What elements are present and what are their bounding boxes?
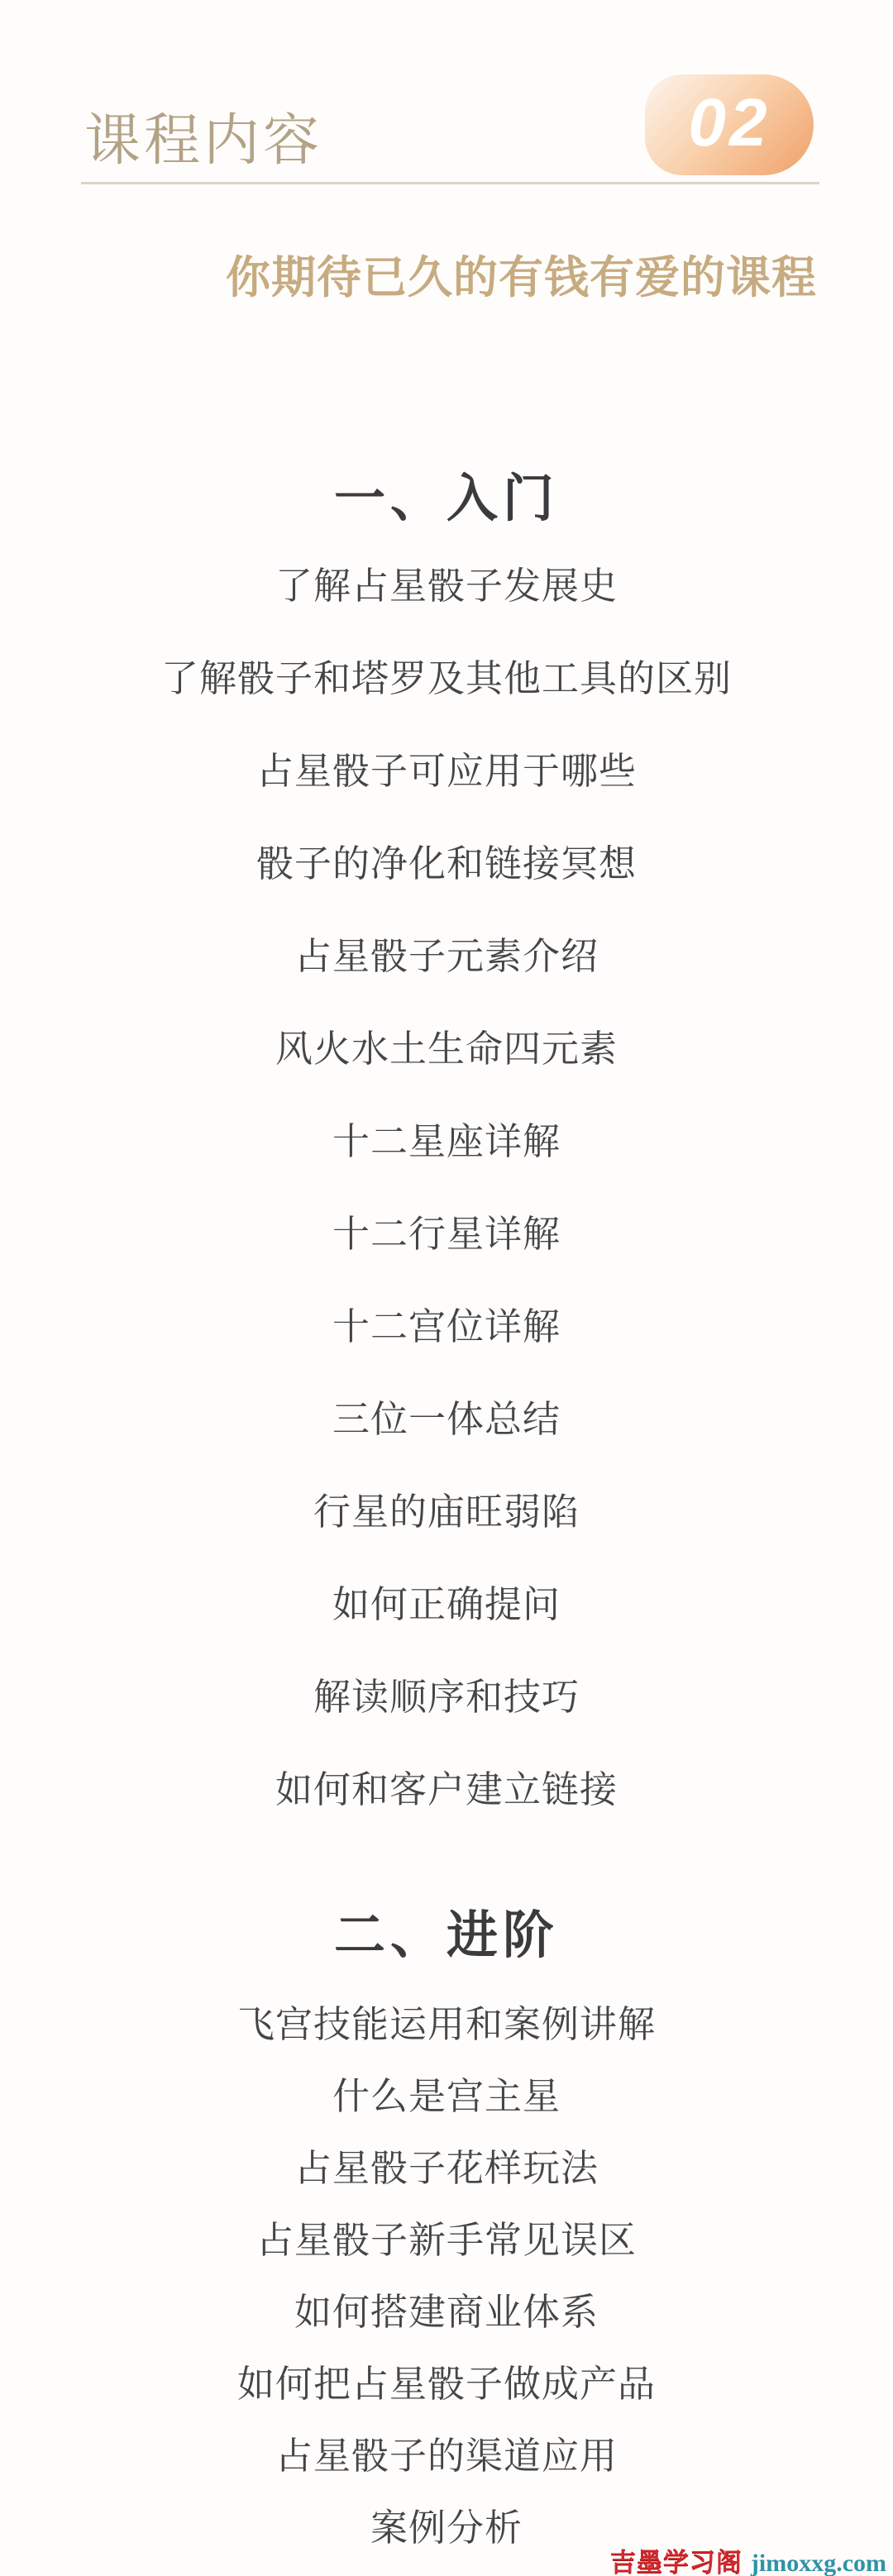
section-intro-list: 了解占星骰子发展史了解骰子和塔罗及其他工具的区别占星骰子可应用于哪些骰子的净化和… (0, 567, 893, 1809)
course-item: 十二行星详解 (0, 1215, 893, 1253)
section-intro-title: 一、入门 (0, 471, 893, 527)
course-item: 了解占星骰子发展史 (0, 567, 893, 605)
course-item: 解读顺序和技巧 (0, 1678, 893, 1716)
header-divider (81, 182, 819, 184)
course-item: 如何正确提问 (0, 1586, 893, 1624)
page-subtitle: 你期待已久的有钱有爱的课程 (226, 242, 817, 306)
course-item: 如何搭建商业体系 (0, 2293, 893, 2331)
course-item: 三位一体总结 (0, 1400, 893, 1438)
course-item: 飞宫技能运用和案例讲解 (0, 2006, 893, 2044)
course-item: 占星骰子可应用于哪些 (0, 752, 893, 790)
section-advanced-title: 二、进阶 (0, 1908, 893, 1964)
course-item: 如何把占星骰子做成产品 (0, 2365, 893, 2403)
course-item: 行星的庙旺弱陷 (0, 1493, 893, 1531)
course-item: 占星骰子元素介绍 (0, 937, 893, 976)
course-item: 占星骰子花样玩法 (0, 2149, 893, 2187)
section-advanced-list: 飞宫技能运用和案例讲解什么是宫主星占星骰子花样玩法占星骰子新手常见误区如何搭建商… (0, 2006, 893, 2547)
course-item: 十二星座详解 (0, 1123, 893, 1161)
section-intro: 一、入门 了解占星骰子发展史了解骰子和塔罗及其他工具的区别占星骰子可应用于哪些骰… (0, 471, 893, 1863)
badge-number: 02 (688, 84, 770, 162)
section-advanced: 二、进阶 飞宫技能运用和案例讲解什么是宫主星占星骰子花样玩法占星骰子新手常见误区… (0, 1908, 893, 2576)
section-number-badge: 02 (645, 74, 814, 175)
course-item: 骰子的净化和链接冥想 (0, 845, 893, 883)
watermark-site-url: jimoxxg.com (751, 2550, 886, 2576)
course-content-page: 课程内容 02 你期待已久的有钱有爱的课程 一、入门 了解占星骰子发展史了解骰子… (0, 0, 893, 2576)
course-item: 十二宫位详解 (0, 1308, 893, 1346)
course-item: 什么是宫主星 (0, 2077, 893, 2116)
course-item: 了解骰子和塔罗及其他工具的区别 (0, 660, 893, 698)
page-title: 课程内容 (84, 96, 322, 176)
watermark-site-name: 吉墨学习阁 (610, 2541, 743, 2576)
course-item: 占星骰子的渠道应用 (0, 2437, 893, 2475)
watermark: 吉墨学习阁 jimoxxg.com (610, 2541, 886, 2576)
course-item: 占星骰子新手常见误区 (0, 2221, 893, 2259)
course-item: 风火水土生命四元素 (0, 1030, 893, 1068)
course-item: 如何和客户建立链接 (0, 1771, 893, 1809)
